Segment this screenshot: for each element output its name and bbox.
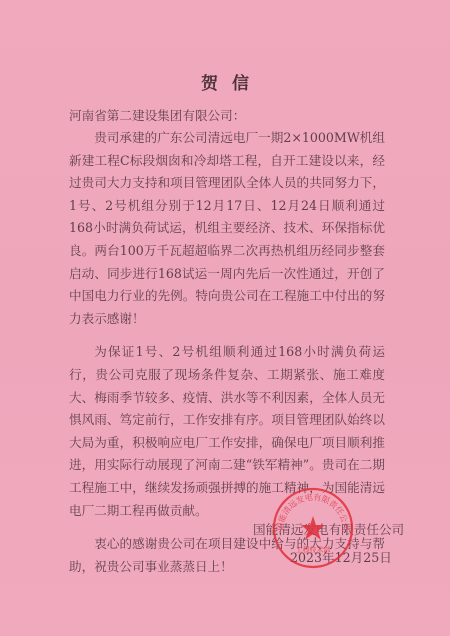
salutation: 河南省第二建设集团有限公司： <box>69 105 245 124</box>
letter-page: 贺信 河南省第二建设集团有限公司： 贵司承建的广东公司清远电厂一期2×1000M… <box>0 0 450 636</box>
paragraph-2: 为保证1号、2号机组顺利通过168小时满负荷运行，贵公司克服了现场条件复杂、工期… <box>69 341 385 522</box>
date: 2023年12月25日 <box>290 547 392 566</box>
signature: 国能清远发电有限责任公司 <box>253 519 404 538</box>
paragraph-1: 贵司承建的广东公司清远电厂一期2×1000MW机组新建工程C标段烟囱和冷却塔工程… <box>69 127 385 330</box>
letter-title: 贺信 <box>0 69 450 94</box>
